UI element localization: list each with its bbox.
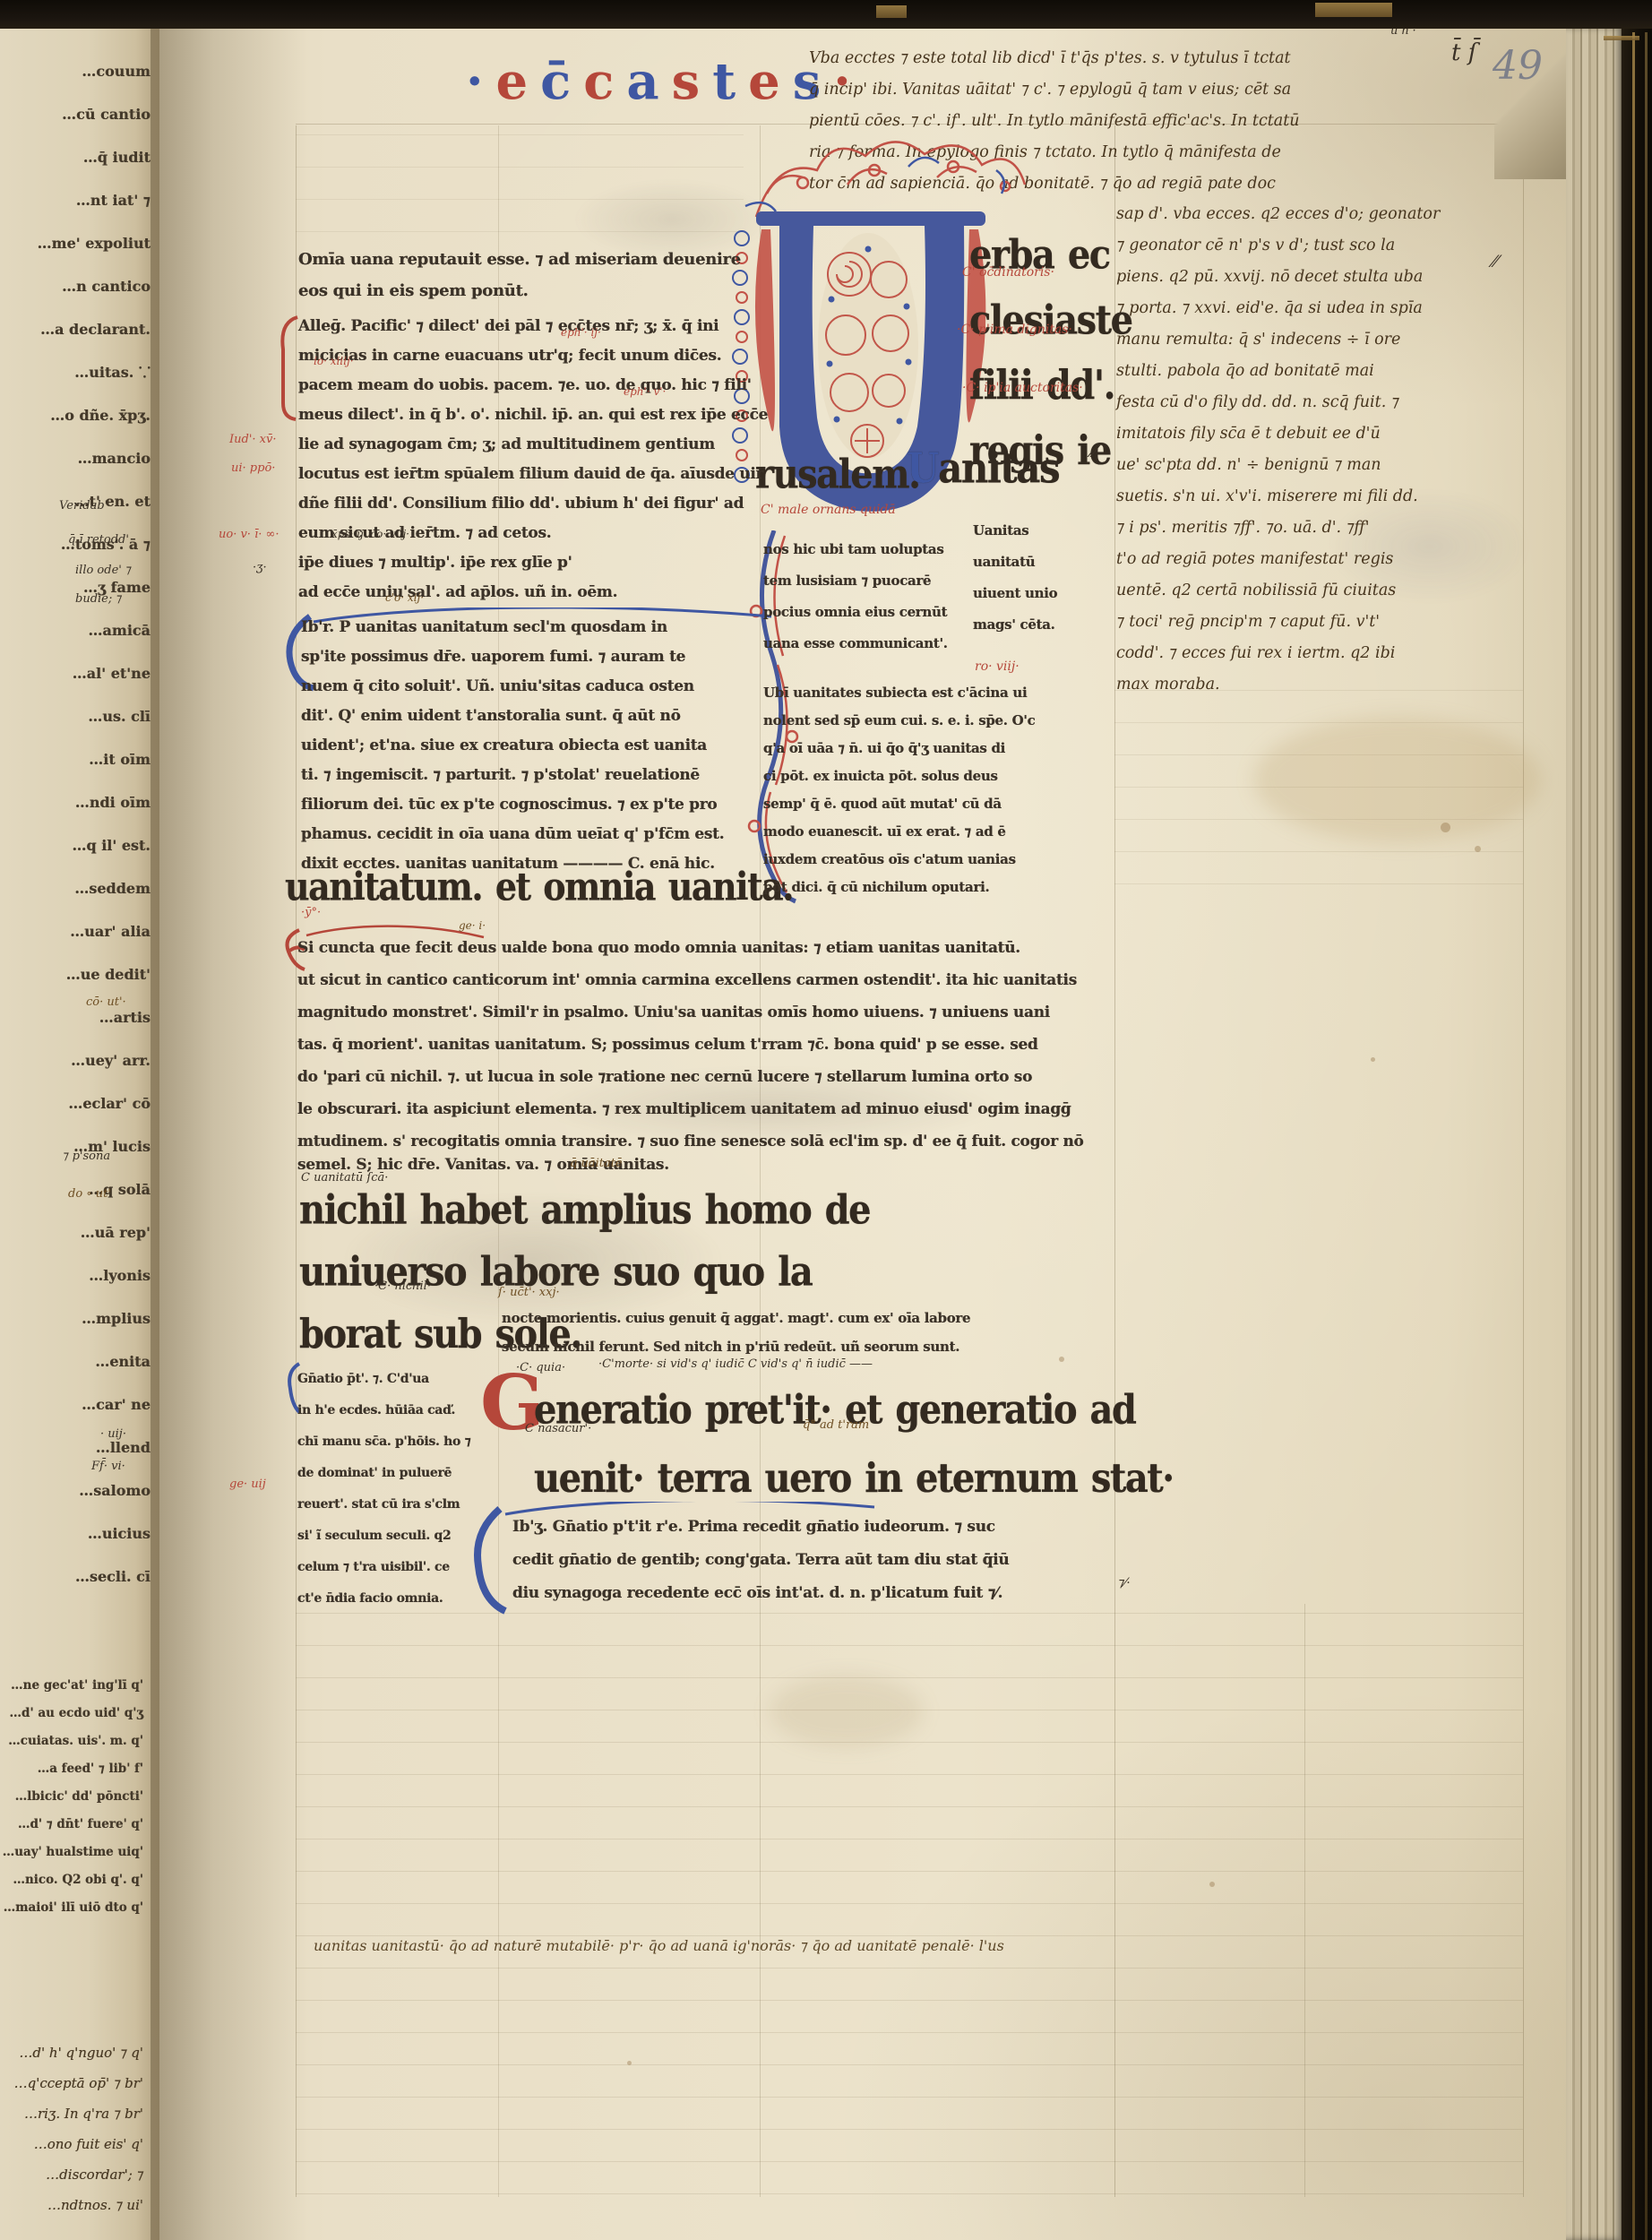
marginal-note: ⁊ p'sona <box>63 1150 110 1163</box>
page-stack-edge <box>1566 27 1623 2240</box>
ruled-area-topleft <box>296 134 744 233</box>
verse-uanitatum-et-omnia: uanitatum. et omnia uanita. <box>285 864 793 909</box>
marginal-note: ge· uij <box>229 1478 266 1491</box>
text-line: …uā rep' <box>0 1211 151 1254</box>
title-letter: t <box>712 52 748 111</box>
verse-generatio-preterit: eneratio pret'it· et generatio aduenit· … <box>534 1376 1174 1512</box>
marginal-note: Veridab' <box>59 500 108 513</box>
text-line: micicias in carne euacuans utr'q; fecit … <box>298 341 773 371</box>
gold-fillet-line-2 <box>1645 32 1648 2240</box>
text-line: ⁊ toci' reḡ pncip'm ⁊ caput fū. v't' <box>1116 607 1537 638</box>
text-line: …uay' hualstime uiq' <box>0 1839 143 1866</box>
text-line: sp'ite possimus dr̄e. uaporem fumi. ⁊ au… <box>301 642 776 672</box>
text-line: …salomo <box>0 1469 151 1512</box>
text-line: …o dñe. x̄pʒ. <box>0 394 151 437</box>
text-line: …car' ne <box>0 1383 151 1426</box>
marginal-note: ·C· nichil· <box>374 1280 431 1293</box>
text-line: suetis. s'n ui. x'v'i. miserere mi fili … <box>1116 481 1537 513</box>
marginal-note: x̄ps· ij· co· viij· <box>331 528 409 540</box>
marginal-note: c'o· xij· <box>385 591 424 604</box>
text-line: ⁊ porta. ⁊ xxvi. eid'e. q̄a si udea in s… <box>1116 293 1537 324</box>
text-line: diu synagoga recedente ecc̄ oīs int'at. … <box>512 1577 1131 1610</box>
marginal-note: · uij· <box>100 1428 126 1441</box>
text-line: …q̄ iudit <box>0 136 151 179</box>
text-line: …llend <box>0 1426 151 1469</box>
text-line: …mplius <box>0 1297 151 1340</box>
text-line: mags' cēta. <box>973 609 1125 641</box>
text-line: uident'; et'na. siue ex creatura obiecta… <box>301 731 776 761</box>
text-line: ad ecc̄e uniu'sal'. ad ap̄los. uñ in. oē… <box>298 578 773 607</box>
text-line: …nt iat' ⁊ <box>0 179 151 222</box>
text-line: tas. q̄ morient'. uanitas uanitatum. S; … <box>297 1029 1131 1061</box>
marginal-note: q̄° ad t'ram <box>803 1419 869 1432</box>
text-line: …uar' alia <box>0 910 151 953</box>
marginal-note: ⁊⁄· <box>1118 1577 1131 1590</box>
text-line: codd'. ⁊ ecces fui rex i iertm. q2 ibi <box>1116 638 1537 669</box>
text-line: pōt dici. q̄ cū nichilum oputari. <box>763 874 1122 901</box>
text-line: tem lusisiam ⁊ puocarē <box>763 565 987 597</box>
marginal-note: Iud'· xv̄· <box>229 434 276 446</box>
text-line: uniuerso labore suo quo la <box>299 1241 870 1303</box>
text-line: q̄ incip' ibi. Vanitas uāitat' ⁊ c'. ⁊ e… <box>809 74 1508 106</box>
marginal-note: q̄ ī retodd' <box>68 534 129 547</box>
text-line: …maioi' ilī uiō dto q' <box>0 1894 143 1922</box>
gold-ornament <box>876 5 907 18</box>
text-line: magnitudo monstret'. Simil'r in psalmo. … <box>297 996 1131 1029</box>
title-letter: s <box>672 52 713 111</box>
text-line: …amicā <box>0 609 151 652</box>
text-line: …cuiatas. uis'. m. q' <box>0 1727 143 1755</box>
text-line: …ndtnos. ⁊ ui' <box>0 2190 143 2220</box>
text-line: iuxdem creatōus oīs c'atum uanias <box>763 846 1122 874</box>
bottom-annotation-line: uanitas uanitastū· q̄o ad naturē mutabil… <box>314 1937 1004 1954</box>
text-line: sap d'. vba ecces. q2 ecces d'o; geonato… <box>1116 199 1537 230</box>
gold-ornament-corner <box>1604 36 1639 40</box>
ruled-blank-area <box>296 1613 1523 2195</box>
text-line: …uitas. ⸪ <box>0 351 151 394</box>
text-line: uanitatū <box>973 547 1125 578</box>
text-line: modo euanescit. uī ex erat. ⁊ ad ē <box>763 818 1122 846</box>
text-line: …it oīm <box>0 738 151 781</box>
marginal-note: eph'· ij· <box>561 326 601 339</box>
text-line: in h'e ecdes. hūiāa caď. <box>297 1395 477 1426</box>
gold-ornament <box>1315 3 1392 17</box>
text-line: chī manu sc̄a. p'hōis. ho ⁊ <box>297 1426 477 1458</box>
text-line: ⁊ i ps'. meritis ⁊ff'. ⁊o. uā. d'. ⁊ff' <box>1116 513 1537 544</box>
text-line: pacem meam do uobis. pacem. ⁊e. uo. de q… <box>298 371 773 401</box>
gloss-generatio-narrow-column: Gn̄atio p̄t'. ⁊. C'd'uain h'e ecdes. hūi… <box>297 1364 477 1615</box>
text-line: uentē. q2 certā nobilissiā fū ciuitas <box>1116 575 1537 607</box>
title-letter: a <box>626 52 671 111</box>
marginal-note: io· xiiij· <box>314 355 354 367</box>
text-line: t'o ad regiā potes manifestat' regis <box>1116 544 1537 575</box>
incipit-uanitas: Uanitas <box>907 444 1059 493</box>
marginal-note: C' oc̄dinatoris· <box>962 266 1054 279</box>
text-line: eos qui in eis spem ponūt. <box>298 275 773 306</box>
text-line: Ib'r. P uanitas uanitatum secl'm quosdam… <box>301 613 776 642</box>
text-line: imitatois fily sc̄a ē t debuit ee d'ū <box>1116 418 1537 450</box>
text-line: clesiaste <box>969 288 1132 353</box>
text-line: nuem q̄ cito soluit'. Uñ. uniu'sitas cad… <box>301 672 776 702</box>
foxing-speck <box>1209 1882 1215 1887</box>
text-line: …mancio <box>0 437 151 480</box>
text-line: …nico. Q2 obi q'. q' <box>0 1866 143 1894</box>
marginal-note: ·C· ip'ia auctoritas· <box>962 382 1083 394</box>
text-line: dit'. Q' enim uident t'anstoralia sunt. … <box>301 702 776 731</box>
marginal-note: Ff̄· vi· <box>91 1460 125 1473</box>
text-line: Ib'ʒ. Gn̄atio p't'it r'e. Prima recedit … <box>512 1511 1131 1544</box>
marginal-note: C nasacur'· <box>525 1423 591 1435</box>
incipit-rusalem: rusalem. <box>755 451 920 498</box>
text-line: nocte morientis. cuius genuit q̄ aggat'.… <box>502 1304 1129 1332</box>
title-letter: e <box>748 52 793 111</box>
text-line: semp' q̄ ē. quod aūt mutat' cū dā <box>763 790 1122 818</box>
text-line: nichil habet amplius homo de <box>299 1179 870 1241</box>
gloss-si-cuncta-paragraph: Si cuncta que fecit deus ualde bona quo … <box>297 932 1131 1158</box>
previous-page-text-fragments-mid: …ne gec'at' ing'lī q'…d' au ecdo uid' q'… <box>0 1672 149 1922</box>
text-line: …cū cantio <box>0 93 151 136</box>
text-line: uiuent unio <box>973 578 1125 609</box>
text-line: …a declarant. <box>0 308 151 351</box>
text-line: …us. clī <box>0 695 151 738</box>
text-line: lie ad synagogam c̄m; ʒ; ad multitudinem… <box>298 430 773 460</box>
text-line: meus dilect'. in q̄ b'. o'. nichil. ip̄.… <box>298 401 773 430</box>
text-line: …ue dedit' <box>0 953 151 996</box>
text-line: ip̄e diues ⁊ multip'. ip̄e rex glīe p' <box>298 548 773 578</box>
text-line: dñe filii dd'. Consilium filio dd'. ubiu… <box>298 489 773 519</box>
gold-fillet-line <box>1632 32 1635 2240</box>
text-line: ut sicut in cantico canticorum int' omni… <box>297 964 1131 996</box>
text-line: q'a oī uāa ⁊ n̄. ui q̄o q̄'ʒ uanitas di <box>763 735 1122 762</box>
text-line: …d' ⁊ dn̄t' fuere' q' <box>0 1811 143 1839</box>
foxing-speck <box>1441 823 1450 832</box>
text-line: …discordar'; ⁊ <box>0 2159 143 2190</box>
text-line: …ndi oīm <box>0 781 151 824</box>
text-line: stulti. pabola q̄o ad bonitatē mai <box>1116 356 1537 387</box>
text-line: le obscurari. ita aspiciunt elementa. ⁊ … <box>297 1093 1131 1125</box>
text-line: piens. q2 pū. xxvij. nō decet stulta uba <box>1116 262 1537 293</box>
text-line: …eclar' cō <box>0 1082 151 1125</box>
marginal-note: ·C· quia· <box>516 1362 565 1374</box>
text-line: ⁊ geonator cē n' p's v d'; tust sco la <box>1116 230 1537 262</box>
title-letter: e <box>496 52 541 111</box>
text-line: …me' expoliut <box>0 222 151 265</box>
marginal-note: ⁄⁄ <box>1493 256 1498 269</box>
text-line: …enita <box>0 1340 151 1383</box>
foxing-speck <box>1475 846 1481 852</box>
manuscript-photo: …couum…cū cantio…q̄ iudit…nt iat' ⁊…me' … <box>0 0 1652 2240</box>
text-line: phamus. cecidit in oīa uana dūm ueīat q'… <box>301 820 776 849</box>
text-line: …ne gec'at' ing'lī q' <box>0 1672 143 1700</box>
title-letter: c̄ <box>540 52 583 111</box>
text-line: …n cantico <box>0 265 151 308</box>
text-line: …d' au ecdo uid' q'ʒ <box>0 1700 143 1727</box>
marginal-note: q̄ uāitatē <box>570 1158 623 1170</box>
central-gloss-left: nos hic ubi tam uoluptastem lusisiam ⁊ p… <box>763 534 987 659</box>
text-line: manu remulta: q̄ s' indecens ÷ ī ore <box>1116 324 1537 356</box>
text-line: cedit gn̄atio de gentib; cong'gata. Terr… <box>512 1544 1131 1577</box>
marginal-note: ⁄⁄ <box>1091 446 1097 459</box>
text-line: …uey' arr. <box>0 1039 151 1082</box>
text-line: …a feed' ⁊ lib' f' <box>0 1755 143 1783</box>
gloss-nocte-morientis: nocte morientis. cuius genuit q̄ aggat'.… <box>502 1304 1129 1361</box>
marginal-note: budie; ⁊ <box>75 593 122 606</box>
text-line: de dominat' in puluerē <box>297 1458 477 1489</box>
marginal-note: ·C'morte· si vid's q' iudic̄ C vid's q' … <box>598 1358 873 1371</box>
previous-page-text-fragments-top: …couum…cū cantio…q̄ iudit…nt iat' ⁊…me' … <box>0 50 156 1598</box>
text-line: uana esse communicant'. <box>763 628 987 659</box>
marginal-note: do ∘ ut' <box>68 1188 111 1201</box>
ruled-area-right <box>1114 690 1523 914</box>
text-line: …lbicic' dd' pōncti' <box>0 1783 143 1811</box>
marginal-note: C' male ornans quidā <box>761 504 896 516</box>
text-line: festa cū d'o fily dd. dd. n. scq̄ fuit. … <box>1116 387 1537 418</box>
text-line: Ubī uanitates subiecta est c'ācina ui <box>763 679 1122 707</box>
binding-top <box>0 0 1652 29</box>
text-line: Si cuncta que fecit deus ualde bona quo … <box>297 932 1131 964</box>
gloss-allegoria-block: Alleḡ. Pacific' ⁊ dilect' dei pāl ⁊ ecc̄… <box>298 312 773 607</box>
text-line: filiorum dei. tūc ex p'te cognoscimus. ⁊… <box>301 790 776 820</box>
text-line: …al' et'ne <box>0 652 151 695</box>
text-line: do 'pari cū nichil. ⁊. ut lucua in sole … <box>297 1061 1131 1093</box>
title-letter: · <box>466 52 496 111</box>
text-line: …lyonis <box>0 1254 151 1297</box>
text-line: locutus est ier̄tm spūalem filium dauid … <box>298 460 773 489</box>
text-line: eneratio pret'it· et generatio ad <box>534 1376 1174 1444</box>
gloss-generatio-paragraph: Ib'ʒ. Gn̄atio p't'it r'e. Prima recedit … <box>512 1511 1131 1610</box>
marginal-note: eph'· v'· <box>624 385 666 398</box>
text-line: celum ⁊ t'ra uisibil'. ce <box>297 1552 477 1583</box>
marginal-note: ro· viij· <box>975 660 1020 673</box>
text-line: …artis <box>0 996 151 1039</box>
marginal-note: ui· ppō· <box>231 462 275 475</box>
marginal-note: illo ode' ⁊ <box>75 564 131 577</box>
text-line: reuert'. stat cū ira s'clm <box>297 1489 477 1521</box>
text-line: Vba ecctes ⁊ este total lib dicd' ī t'q̄… <box>809 43 1508 74</box>
text-line: …q il' est. <box>0 824 151 867</box>
text-line: …seddem <box>0 867 151 910</box>
text-line: …secli. cī <box>0 1555 151 1598</box>
text-line: …ono fuit eis' q' <box>0 2129 143 2159</box>
text-line: …uicius <box>0 1512 151 1555</box>
text-line: …riʒ. In q'ra ⁊ br' <box>0 2098 143 2129</box>
text-line: si' ĩ seculum seculi. q2 <box>297 1521 477 1552</box>
text-line: …q'cceptā op̄' ⁊ br' <box>0 2068 143 2098</box>
text-line: Uanitas <box>973 515 1125 547</box>
text-line: ct'e n̄dia facio omnia. <box>297 1583 477 1615</box>
marginal-note: ·ʒ· <box>253 562 267 574</box>
marginal-note: C uanitatū ſcā· <box>301 1172 388 1185</box>
text-line: Gn̄atio p̄t'. ⁊. C'd'ua <box>297 1364 477 1395</box>
previous-page-text-fragments-bottom: …d' h' q'nguo' ⁊ q'…q'cceptā op̄' ⁊ br'…… <box>0 2038 149 2220</box>
text-line: pocius omnia eius cernūt <box>763 597 987 628</box>
marginal-note: cō· ut'· <box>86 996 126 1009</box>
text-line: ti. ⁊ ingemiscit. ⁊ parturit. ⁊ p'stolat… <box>301 761 776 790</box>
marginal-note: ·C· p'ima dignitas· <box>957 323 1072 336</box>
marginal-note: t̄ ſ̄ <box>1451 47 1476 59</box>
running-title-ecclesiastes: ·ec̄castes· <box>466 52 864 111</box>
text-line: ue' sc'pta dd. n' ÷ benignū ⁊ man <box>1116 450 1537 481</box>
central-gloss-paragraph: Ubī uanitates subiecta est c'ācina uinol… <box>763 679 1122 901</box>
text-line: Omīa uana reputauit esse. ⁊ ad miseriam … <box>298 244 773 275</box>
marginal-note: ·ȳ°· <box>301 907 321 919</box>
right-margin-gloss: sap d'. vba ecces. q2 ecces d'o; geonato… <box>1116 199 1537 701</box>
gloss-uanitas-uanitatum-block: Ib'r. P uanitas uanitatum secl'm quosdam… <box>301 613 776 879</box>
text-line: nos hic ubi tam uoluptas <box>763 534 987 565</box>
marginal-note: ſ· uc̄t'· xxj· <box>498 1287 560 1299</box>
central-gloss-right: Uanitasuanitatūuiuent uniomags' cēta. <box>973 515 1125 641</box>
text-line: Alleḡ. Pacific' ⁊ dilect' dei pāl ⁊ ecc̄… <box>298 312 773 341</box>
text-line: …d' h' q'nguo' ⁊ q' <box>0 2038 143 2068</box>
foxing-speck <box>627 2061 632 2065</box>
marginal-note: ge· i· <box>459 919 486 932</box>
text-line: …couum <box>0 50 151 93</box>
marginal-note: uo· v· ī· ∞· <box>219 529 279 541</box>
text-line: ci pōt. ex inuicta pōt. solus deus <box>763 762 1122 790</box>
foxing-speck <box>1371 1057 1375 1062</box>
gloss-omnia-uana: Omīa uana reputauit esse. ⁊ ad miseriam … <box>298 244 773 306</box>
title-letter: c <box>583 52 626 111</box>
text-line: nolent sed sp̄ eum cui. s. e. i. sp̄e. O… <box>763 707 1122 735</box>
text-line: max moraba. <box>1116 669 1537 701</box>
